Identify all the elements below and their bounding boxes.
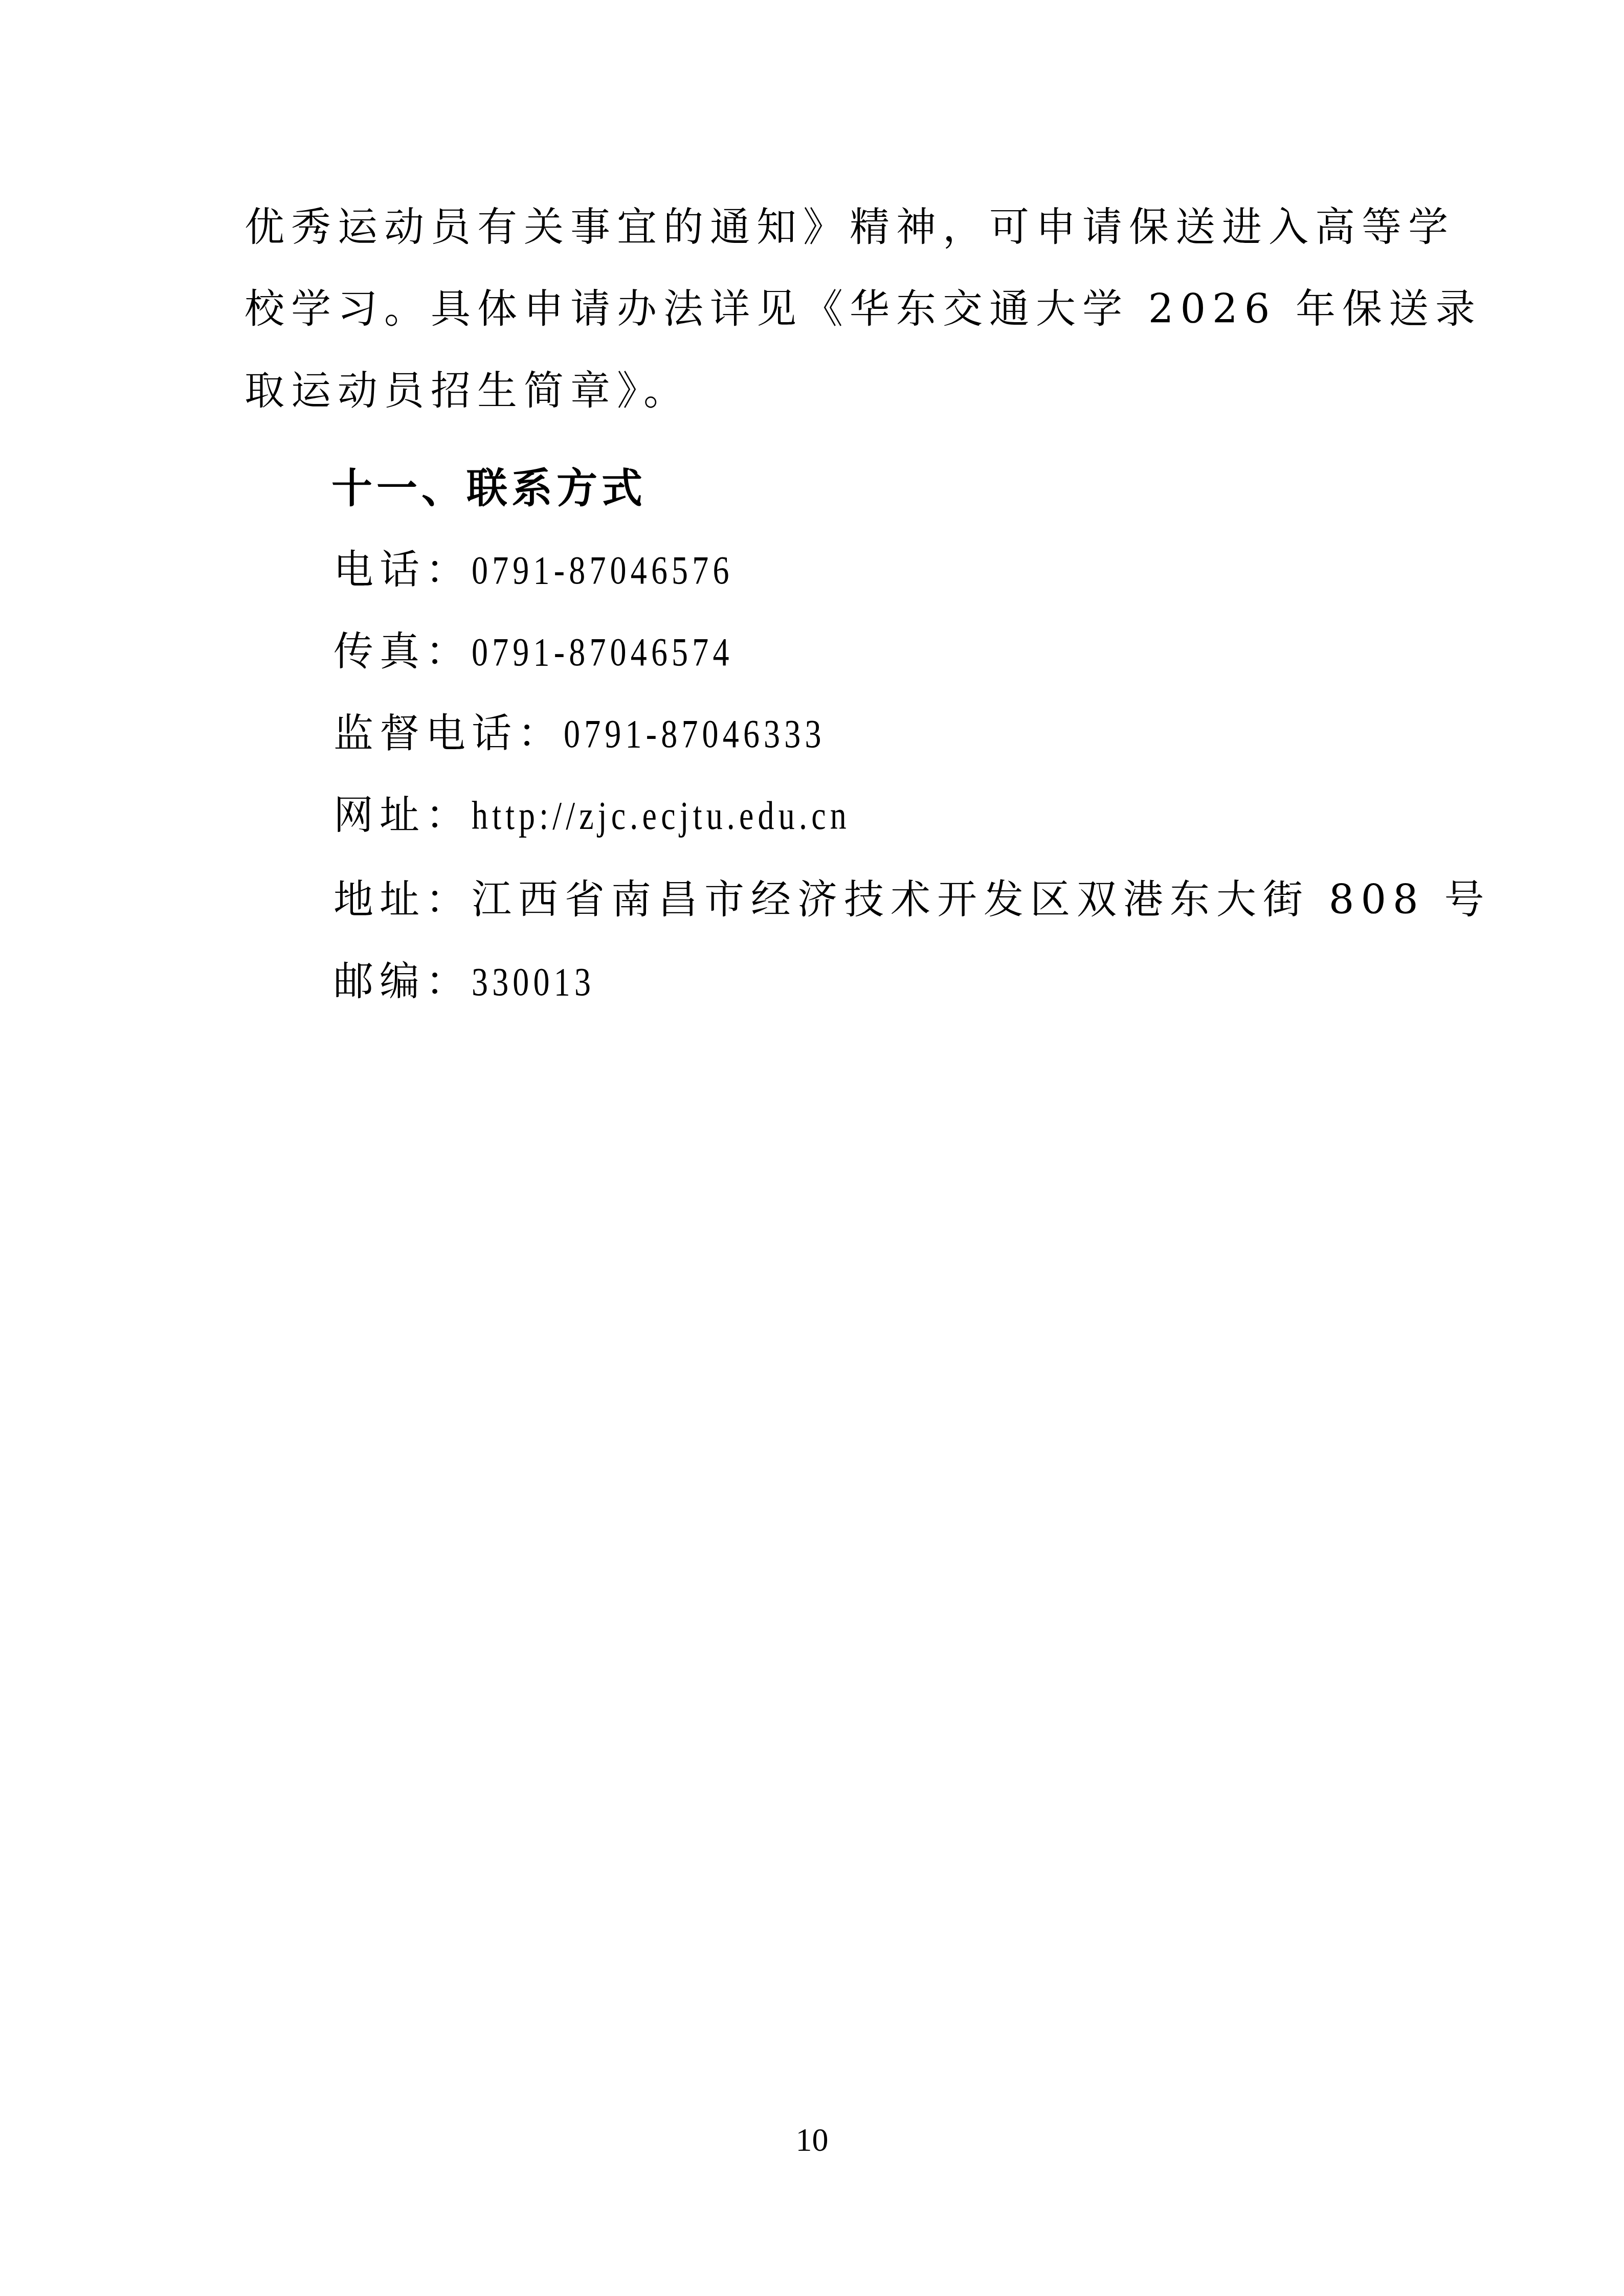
- document-page: 优秀运动员有关事宜的通知》精神，可申请保送进入高等学 校学习。具体申请办法详见《…: [0, 0, 1624, 2296]
- contact-postcode-label: 邮编：: [333, 959, 472, 1005]
- contact-supervision-phone-value: 0791-87046333: [564, 708, 826, 759]
- contact-website: 网址：http://zjc.ecjtu.edu.cn: [333, 790, 934, 841]
- section-heading-contact: 十一、联系方式: [331, 463, 647, 514]
- contact-supervision-phone: 监督电话：0791-87046333: [333, 708, 883, 759]
- contact-fax: 传真：0791-87046574: [333, 626, 791, 678]
- contact-address-value: 江西省南昌市经济技术开发区双港东大街 808 号: [472, 874, 1490, 926]
- contact-supervision-phone-label: 监督电话：: [333, 711, 564, 757]
- contact-phone-label: 电话：: [333, 547, 472, 593]
- contact-fax-value: 0791-87046574: [472, 626, 733, 678]
- contact-fax-label: 传真：: [333, 629, 472, 675]
- page-number: 10: [0, 2120, 1624, 2160]
- paragraph-line-3: 取运动员招生简章》。: [244, 366, 1380, 417]
- paragraph-line-1: 优秀运动员有关事宜的通知》精神，可申请保送进入高等学: [244, 202, 1380, 253]
- contact-phone-value: 0791-87046576: [472, 545, 733, 596]
- contact-address-label: 地址：: [333, 877, 472, 923]
- contact-postcode-value: 330013: [472, 956, 595, 1007]
- contact-phone: 电话：0791-87046576: [333, 545, 791, 596]
- paragraph-line-2: 校学习。具体申请办法详见《华东交通大学 2026 年保送录: [244, 284, 1380, 335]
- contact-website-label: 网址：: [333, 793, 472, 839]
- contact-postcode: 邮编：330013: [333, 956, 622, 1007]
- contact-address: 地址：江西省南昌市经济技术开发区双港东大街 808 号: [333, 874, 1490, 926]
- contact-website-link[interactable]: http://zjc.ecjtu.edu.cn: [472, 790, 851, 841]
